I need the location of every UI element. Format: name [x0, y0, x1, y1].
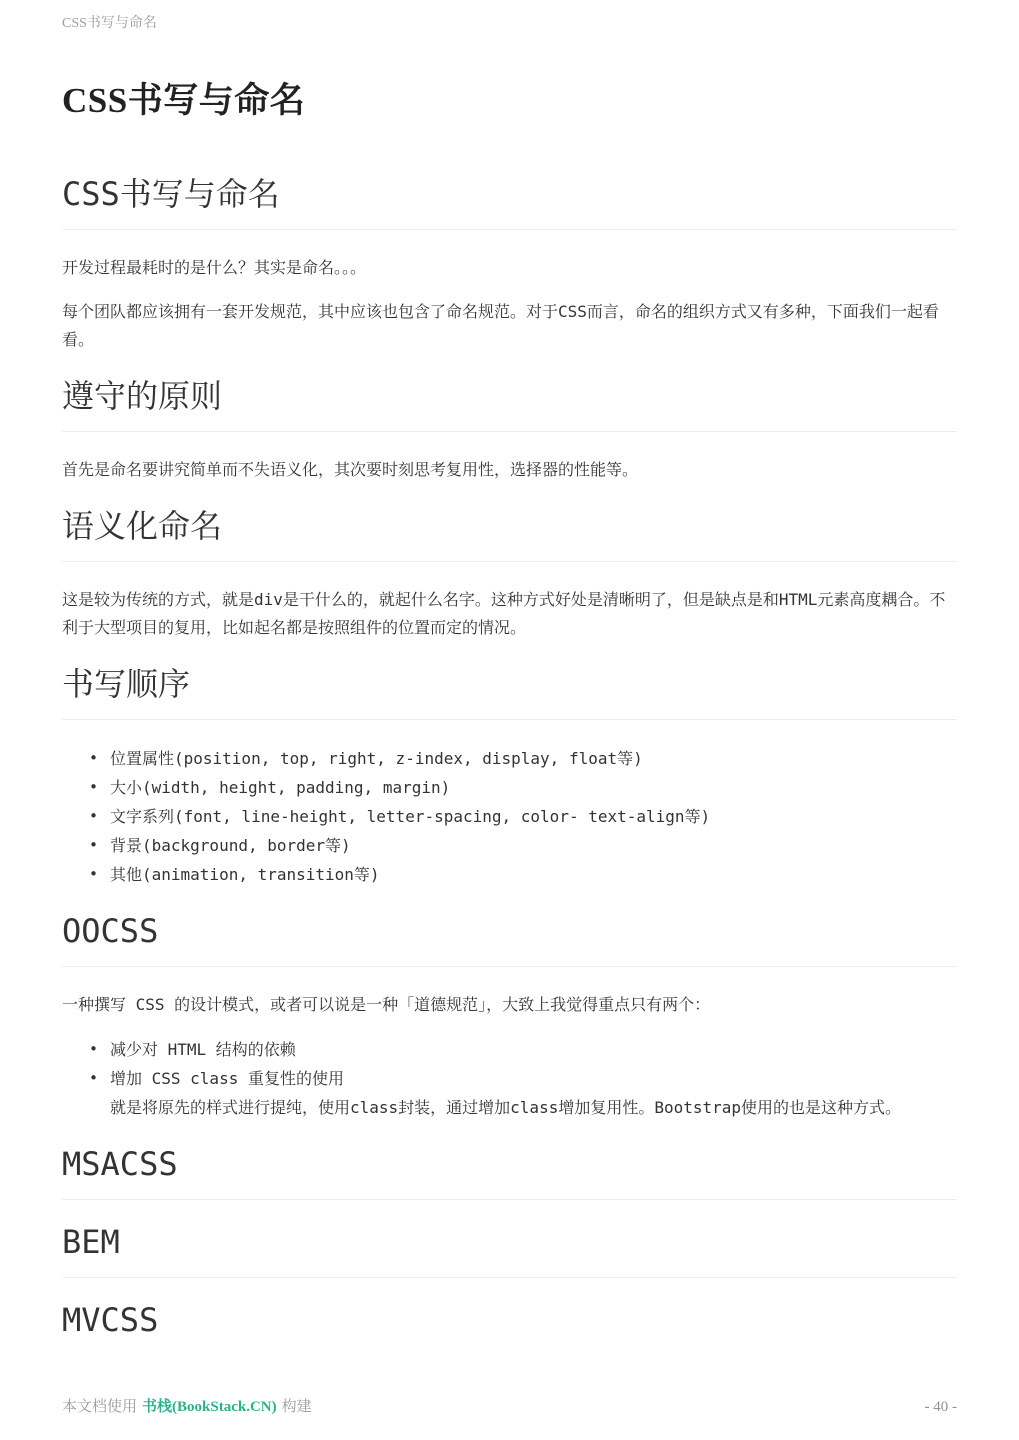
page-title: CSS书写与命名 — [62, 80, 957, 122]
divider — [62, 966, 957, 967]
running-header: CSS书写与命名 — [62, 0, 957, 32]
footer-build-note: 本文档使用 书栈(BookStack.CN) 构建 — [62, 1397, 312, 1416]
section-heading-order: 书写顺序 — [62, 666, 957, 703]
list-item: 大小(width, height, padding, margin) — [110, 773, 957, 802]
footer-prefix: 本文档使用 — [62, 1397, 137, 1415]
section-intro: CSS书写与命名 开发过程最耗时的是什么？其实是命名。。。 每个团队都应该拥有一… — [62, 176, 957, 354]
section-mvcss: MVCSS — [62, 1302, 957, 1339]
section-heading-semantic: 语义化命名 — [62, 508, 957, 545]
section-principles: 遵守的原则 首先是命名要讲究简单而不失语义化，其次要时刻思考复用性，选择器的性能… — [62, 378, 957, 484]
section-semantic-naming: 语义化命名 这是较为传统的方式，就是div是干什么的，就起什么名字。这种方式好处… — [62, 508, 957, 642]
document-page: CSS书写与命名 CSS书写与命名 CSS书写与命名 开发过程最耗时的是什么？其… — [0, 0, 1019, 1440]
list-item-label: 减少对 HTML 结构的依赖 — [110, 1040, 296, 1059]
divider — [62, 1199, 957, 1200]
paragraph: 一种撰写 CSS 的设计模式，或者可以说是一种「道德规范」，大致上我觉得重点只有… — [62, 991, 957, 1019]
bookstack-link[interactable]: 书栈(BookStack.CN) — [142, 1398, 277, 1416]
section-writing-order: 书写顺序 位置属性(position, top, right, z-index,… — [62, 666, 957, 889]
page-number: - 40 - — [925, 1398, 958, 1416]
paragraph: 首先是命名要讲究简单而不失语义化，其次要时刻思考复用性，选择器的性能等。 — [62, 456, 957, 484]
section-heading-principles: 遵守的原则 — [62, 378, 957, 415]
list-item: 其他(animation, transition等) — [110, 860, 957, 889]
footer-suffix: 构建 — [282, 1397, 312, 1415]
page-footer: 本文档使用 书栈(BookStack.CN) 构建 - 40 - — [62, 1397, 957, 1416]
list-item: 减少对 HTML 结构的依赖 — [110, 1035, 957, 1064]
property-order-list: 位置属性(position, top, right, z-index, disp… — [62, 744, 957, 889]
list-item-detail: 就是将原先的样式进行提纯，使用class封装，通过增加class增加复用性。Bo… — [110, 1093, 957, 1122]
divider — [62, 1277, 957, 1278]
divider — [62, 561, 957, 562]
divider — [62, 719, 957, 720]
divider — [62, 431, 957, 432]
list-item: 增加 CSS class 重复性的使用 就是将原先的样式进行提纯，使用class… — [110, 1064, 957, 1122]
list-item: 文字系列(font, line-height, letter-spacing, … — [110, 802, 957, 831]
oocss-points-list: 减少对 HTML 结构的依赖 增加 CSS class 重复性的使用 就是将原先… — [62, 1035, 957, 1122]
section-heading-msacss: MSACSS — [62, 1146, 957, 1183]
list-item: 背景(background, border等) — [110, 831, 957, 860]
section-heading-intro: CSS书写与命名 — [62, 176, 957, 213]
list-item-label: 增加 CSS class 重复性的使用 — [110, 1069, 344, 1088]
section-msacss: MSACSS — [62, 1146, 957, 1200]
section-heading-bem: BEM — [62, 1224, 957, 1261]
section-heading-mvcss: MVCSS — [62, 1302, 957, 1339]
paragraph: 每个团队都应该拥有一套开发规范，其中应该也包含了命名规范。对于CSS而言，命名的… — [62, 298, 957, 354]
divider — [62, 229, 957, 230]
section-oocss: OOCSS 一种撰写 CSS 的设计模式，或者可以说是一种「道德规范」，大致上我… — [62, 913, 957, 1122]
paragraph: 这是较为传统的方式，就是div是干什么的，就起什么名字。这种方式好处是清晰明了，… — [62, 586, 957, 642]
section-bem: BEM — [62, 1224, 957, 1278]
list-item: 位置属性(position, top, right, z-index, disp… — [110, 744, 957, 773]
section-heading-oocss: OOCSS — [62, 913, 957, 950]
paragraph: 开发过程最耗时的是什么？其实是命名。。。 — [62, 254, 957, 282]
